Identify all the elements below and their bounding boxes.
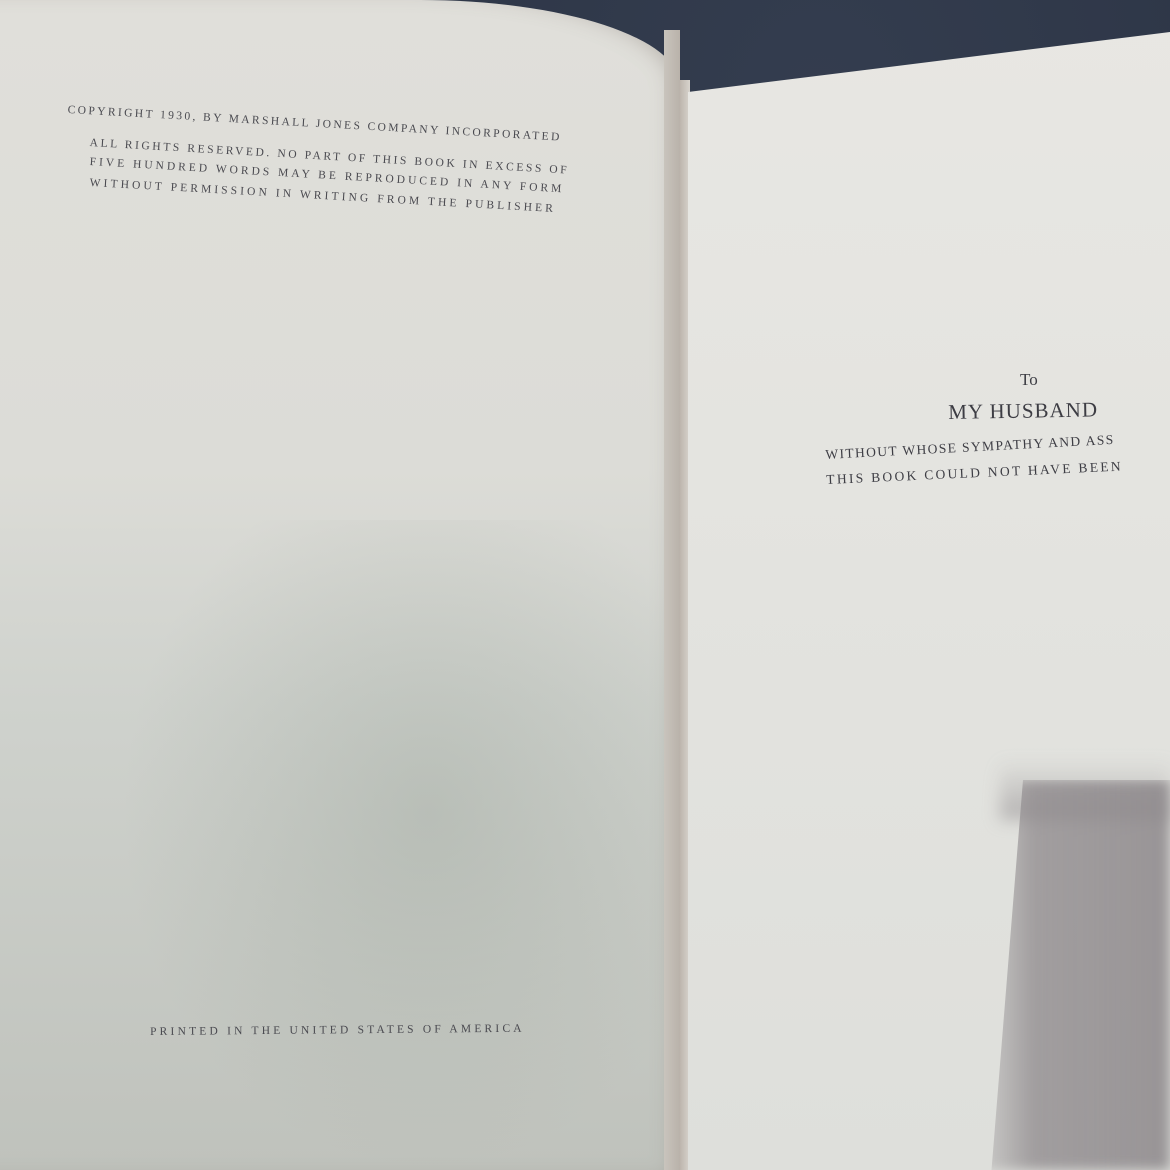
dedication-to: To [1020,370,1038,390]
left-page-edge [664,30,680,1170]
dedication-recipient: MY HUSBAND [948,397,1098,425]
